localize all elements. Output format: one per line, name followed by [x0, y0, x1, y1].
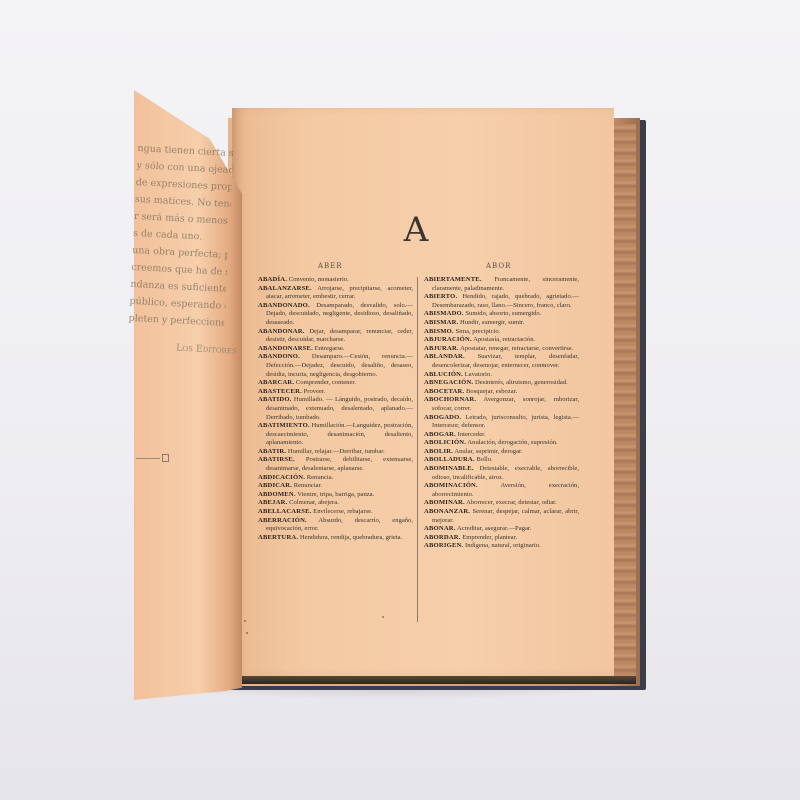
- entry-headword: ABATIMIENTO.: [258, 422, 310, 429]
- dictionary-entry: ABOMINABLE. Detestable, execrable, aborr…: [424, 465, 579, 482]
- entry-headword: ABERRACIÓN.: [258, 517, 307, 524]
- entry-headword: ABISMO.: [424, 328, 454, 335]
- ornament-rule: [136, 458, 160, 459]
- dictionary-entry: ABDICACIÓN. Renuncia.: [258, 474, 413, 483]
- entry-headword: ABISMADO.: [424, 310, 464, 317]
- entry-headword: ABNEGACIÓN.: [424, 379, 473, 386]
- dictionary-entry: ABOCHORNAR. Avergonzar, sonrojar, rubori…: [424, 396, 579, 413]
- paper-speck: [244, 620, 246, 622]
- dictionary-entry: ABIERTAMENTE. Francamente, sinceramente,…: [424, 276, 579, 293]
- entry-headword: ABJURAR.: [424, 345, 459, 352]
- entry-definition: Sumido, absorto, sumergido.: [465, 310, 541, 317]
- entry-definition: Acreditar, asegurar.—Pagar.: [457, 525, 531, 532]
- dictionary-entry: ABANDONARSE. Entregarse.: [258, 345, 413, 354]
- entry-headword: ABADÍA.: [258, 276, 287, 283]
- entry-definition: Bollo.: [476, 456, 492, 463]
- entry-headword: ABOLLADURA.: [424, 456, 475, 463]
- entry-headword: ABLUCIÓN.: [424, 371, 463, 378]
- section-letter: A: [396, 210, 436, 250]
- entry-definition: Vientre, tripa, barriga, panza.: [297, 491, 374, 498]
- entry-headword: ABOMINACIÓN.: [424, 482, 478, 489]
- entry-definition: Apostatar, renegar, retractarse, convert…: [460, 345, 573, 352]
- dictionary-entry: ABANDONO. Desamparo.—Cesión, renuncia.—D…: [258, 353, 413, 379]
- dictionary-entry: ABNEGACIÓN. Desinterés, altruismo, gener…: [424, 379, 579, 388]
- dictionary-entry: ABOLICIÓN. Anulación, derogación, supres…: [424, 439, 579, 448]
- entry-definition: Interceder.: [458, 431, 486, 438]
- dictionary-column-left: ABADÍA. Convento, monasterio.ABALANZARSE…: [258, 276, 413, 542]
- entry-definition: Desinterés, altruismo, generosidad.: [475, 379, 568, 386]
- dictionary-entry: ABATIR. Humillar, relajar.—Derribar, tum…: [258, 448, 413, 457]
- dictionary-entry: ABADÍA. Convento, monasterio.: [258, 276, 413, 285]
- entry-headword: ABOMINABLE.: [424, 465, 474, 472]
- ornament-mark-icon: [162, 454, 169, 462]
- entry-headword: ABIERTAMENTE.: [424, 276, 482, 283]
- left-page-text: ngua tienen cierta semejanz y sólo con u…: [128, 140, 234, 332]
- entry-definition: Anular, suprimir, derogar.: [454, 448, 522, 455]
- dictionary-entry: ABISMO. Sima, precipicio.: [424, 328, 579, 337]
- dictionary-entry: ABJURAR. Apostatar, renegar, retractarse…: [424, 345, 579, 354]
- entry-headword: ABONANZAR.: [424, 508, 470, 515]
- entry-headword: ABOLICIÓN.: [424, 439, 466, 446]
- dictionary-entry: ABISMADO. Sumido, absorto, sumergido.: [424, 310, 579, 319]
- dictionary-entry: ABONANZAR. Serenar, despejar, calmar, ac…: [424, 508, 579, 525]
- entry-headword: ABALANZARSE.: [258, 285, 312, 292]
- entry-definition: Sima, precipicio.: [455, 328, 500, 335]
- entry-headword: ABDICACIÓN.: [258, 474, 305, 481]
- dictionary-entry: ABATIDO. Humillado. — Lánguido, postrado…: [258, 396, 413, 422]
- entry-headword: ABOLIR.: [424, 448, 453, 455]
- entry-headword: ABANDONAR.: [258, 328, 305, 335]
- entry-headword: ABOGADO.: [424, 414, 461, 421]
- entry-headword: ABATIDO.: [258, 396, 292, 403]
- entry-headword: ABLANDAR.: [424, 353, 465, 360]
- column-header-right: ABOR: [486, 262, 511, 270]
- entry-definition: Hendidura, rendija, quebradura, grieta.: [300, 534, 402, 541]
- dictionary-entry: ABERTURA. Hendidura, rendija, quebradura…: [258, 534, 413, 543]
- column-divider: [417, 277, 418, 622]
- entry-headword: ABATIRSE.: [258, 456, 295, 463]
- entry-definition: Hundir, sumergir, sumir.: [460, 319, 524, 326]
- entry-headword: ABDICAR.: [258, 482, 292, 489]
- entry-headword: ABOMINAR.: [424, 499, 465, 506]
- entry-headword: ABASTECER.: [258, 388, 302, 395]
- entry-headword: ABJURACIÓN.: [424, 336, 472, 343]
- dictionary-entry: ABATIMIENTO. Humillación.—Languidez, pos…: [258, 422, 413, 448]
- entry-definition: Convento, monasterio.: [289, 276, 349, 283]
- dictionary-entry: ABOMINACIÓN. Aversión, execración, aborr…: [424, 482, 579, 499]
- entry-definition: Comprender, contener.: [296, 379, 356, 386]
- entry-headword: ABORDAR.: [424, 534, 461, 541]
- entry-headword: ABONAR.: [424, 525, 456, 532]
- dictionary-entry: ABORIGEN. Indígena, natural, originario.: [424, 542, 579, 551]
- entry-headword: ABATIR.: [258, 448, 286, 455]
- dictionary-entry: ABOLIR. Anular, suprimir, derogar.: [424, 448, 579, 457]
- entry-definition: Anulación, derogación, supresión.: [467, 439, 557, 446]
- entry-headword: ABISMAR.: [424, 319, 458, 326]
- dictionary-entry: ABDOMEN. Vientre, tripa, barriga, panza.: [258, 491, 413, 500]
- dictionary-entry: ABANDONADO. Desamparado, desvalido, solo…: [258, 302, 413, 328]
- dictionary-entry: ABARCAR. Comprender, contener.: [258, 379, 413, 388]
- entry-headword: ABORIGEN.: [424, 542, 463, 549]
- entry-headword: ABANDONARSE.: [258, 345, 313, 352]
- entry-definition: Indígena, natural, originario.: [465, 542, 541, 549]
- dictionary-entry: ABOGAR. Interceder.: [424, 431, 579, 440]
- entry-headword: ABANDONADO.: [258, 302, 310, 309]
- dictionary-entry: ABOMINAR. Aborrecer, execrar, detestar, …: [424, 499, 579, 508]
- entry-definition: Emprender, plantear.: [462, 534, 517, 541]
- entry-definition: Renuncia.: [307, 474, 334, 481]
- entry-definition: Colmenar, abejera.: [289, 499, 339, 506]
- paper-speck: [246, 632, 248, 634]
- dictionary-entry: ABDICAR. Renunciar.: [258, 482, 413, 491]
- dictionary-entry: ABOCETAR. Bosquejar, esbozar.: [424, 388, 579, 397]
- entry-definition: Entregarse.: [315, 345, 345, 352]
- entry-headword: ABOCETAR.: [424, 388, 464, 395]
- dictionary-entry: ABERRACIÓN. Absurdo, descarrío, engaño, …: [258, 517, 413, 534]
- entry-headword: ABOGAR.: [424, 431, 456, 438]
- dictionary-entry: ABANDONAR. Dejar, desamparar, renunciar,…: [258, 328, 413, 345]
- entry-definition: Humillar, relajar.—Derribar, tumbar.: [288, 448, 385, 455]
- page-bottom-edge: [232, 676, 636, 684]
- dictionary-entry: ABOGADO. Letrado, jurisconsulto, jurista…: [424, 414, 579, 431]
- entry-headword: ABOCHORNAR.: [424, 396, 476, 403]
- dictionary-entry: ABELLACARSE. Envilecerse, rebajarse.: [258, 508, 413, 517]
- entry-definition: Aborrecer, execrar, detestar, odiar.: [466, 499, 557, 506]
- entry-headword: ABERTURA.: [258, 534, 298, 541]
- entry-headword: ABDOMEN.: [258, 491, 296, 498]
- dictionary-entry: ABLUCIÓN. Lavatorio.: [424, 371, 579, 380]
- dictionary-entry: ABIERTO. Hendido, rajado, quebrado, agri…: [424, 293, 579, 310]
- dictionary-column-right: ABIERTAMENTE. Francamente, sinceramente,…: [424, 276, 579, 551]
- dictionary-entry: ABLANDAR. Suavizar, templar, desenfadar,…: [424, 353, 579, 370]
- entry-headword: ABELLACARSE.: [258, 508, 312, 515]
- page-fore-edge: [614, 124, 636, 684]
- dictionary-entry: ABISMAR. Hundir, sumergir, sumir.: [424, 319, 579, 328]
- entry-definition: Bosquejar, esbozar.: [466, 388, 517, 395]
- entry-definition: Envilecerse, rebajarse.: [313, 508, 373, 515]
- entry-definition: Lavatorio.: [465, 371, 492, 378]
- entry-definition: Apostasía, retractación.: [473, 336, 535, 343]
- entry-definition: Proveer.: [304, 388, 326, 395]
- column-header-left: ABER: [318, 262, 343, 270]
- dictionary-entry: ABATIRSE. Postrarse, debilitarse, extenu…: [258, 456, 413, 473]
- entry-headword: ABEJAR.: [258, 499, 287, 506]
- dictionary-entry: ABEJAR. Colmenar, abejera.: [258, 499, 413, 508]
- dictionary-entry: ABJURACIÓN. Apostasía, retractación.: [424, 336, 579, 345]
- dictionary-entry: ABONAR. Acreditar, asegurar.—Pagar.: [424, 525, 579, 534]
- dictionary-entry: ABASTECER. Proveer.: [258, 388, 413, 397]
- entry-headword: ABARCAR.: [258, 379, 294, 386]
- dictionary-entry: ABALANZARSE. Arrojarse, precipitarse, ac…: [258, 285, 413, 302]
- entry-definition: Renunciar.: [294, 482, 322, 489]
- entry-headword: ABANDONO.: [258, 353, 300, 360]
- entry-headword: ABIERTO.: [424, 293, 457, 300]
- dictionary-entry: ABOLLADURA. Bollo.: [424, 456, 579, 465]
- dictionary-entry: ABORDAR. Emprender, plantear.: [424, 534, 579, 543]
- paper-speck: [382, 616, 384, 618]
